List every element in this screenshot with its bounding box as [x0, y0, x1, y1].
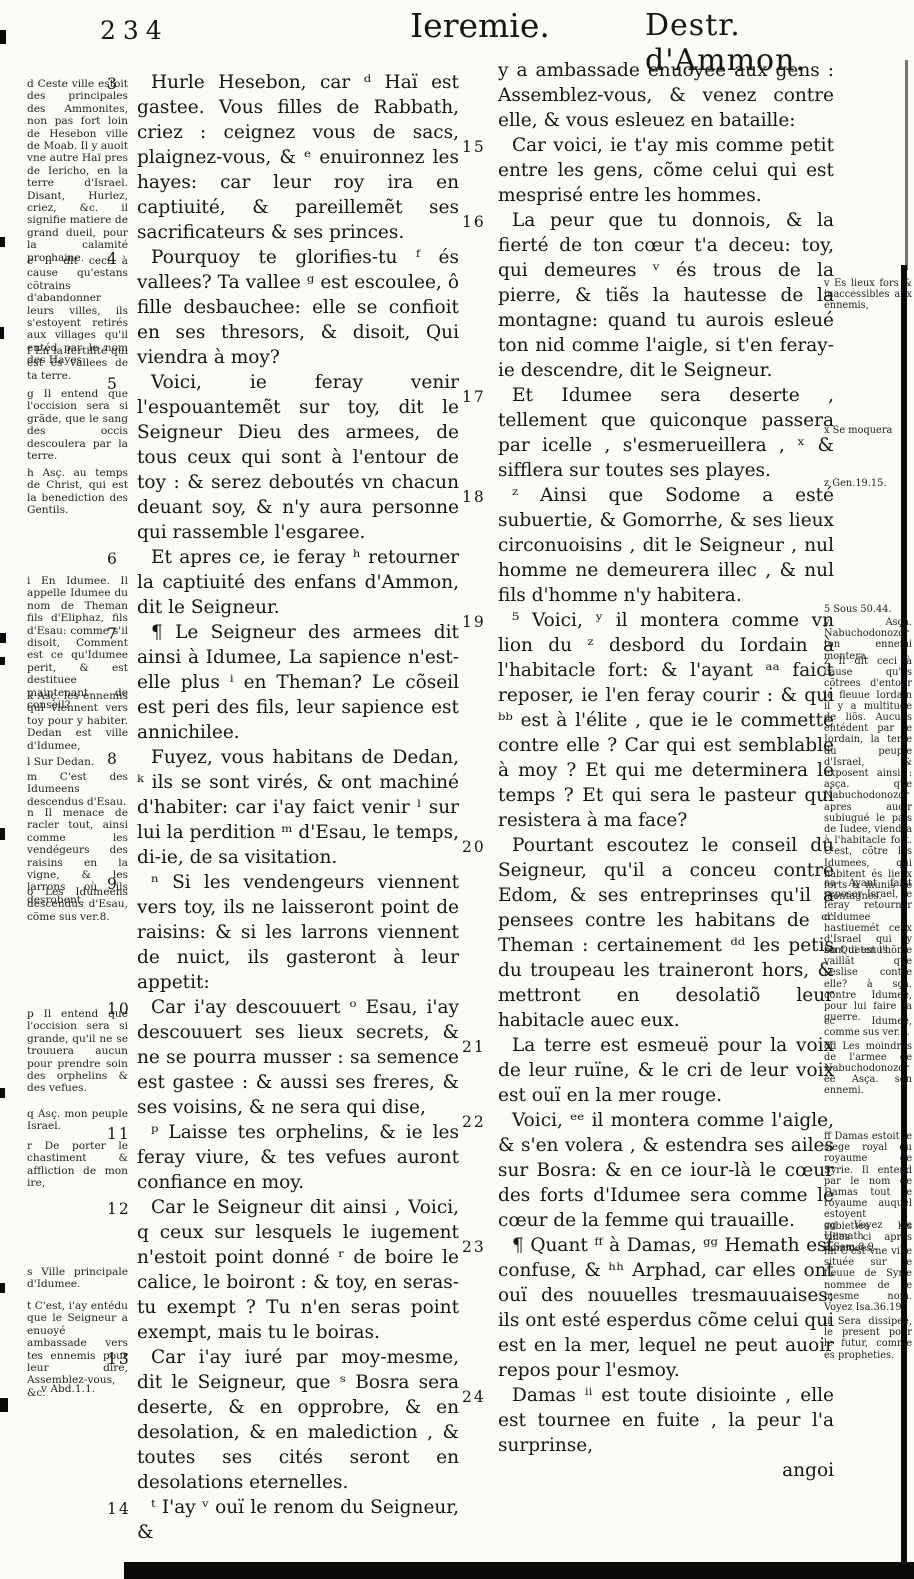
verse-number: 13 — [107, 1347, 135, 1372]
margin-note: k Asç. les ennemis qui viennent vers toy… — [27, 690, 128, 752]
verse-text: Fuyez, vous habitans de Dedan, ᵏ ils se … — [137, 747, 459, 868]
verse-text: Et apres ce, ie feray ʰ retourner la cap… — [137, 547, 459, 618]
verse: y a ambassade enuoyee aux gens : Assembl… — [498, 58, 834, 133]
verse-text: La peur que tu donnois, & la fierté de t… — [498, 210, 834, 381]
verse-text: Pourquoy te glorifies-tu ᶠ és vallees? T… — [137, 247, 459, 368]
verse-number: 19 — [462, 610, 494, 635]
scan-artifact-left-edge — [0, 633, 6, 643]
verse-number: 8 — [107, 747, 135, 772]
verse-number: 14 — [107, 1497, 135, 1522]
verse-text: Voici, ᵉᵉ il montera comme l'aigle, & s'… — [498, 1110, 834, 1231]
margin-note: hh C'est vne ville située sur le fleuue … — [824, 1246, 912, 1313]
verse-text: La terre est esmeuë pour la voix de leur… — [498, 1035, 834, 1106]
verse-text: ¶ Quant ᶠᶠ à Damas, ᵍᵍ Hemath est confus… — [498, 1235, 834, 1381]
verse: 11ᵖ Laisse tes orphelins, & ie les feray… — [137, 1120, 459, 1195]
verse: 17Et Idumee sera deserte , tellement que… — [498, 383, 834, 483]
page-number: 234 — [100, 16, 169, 45]
scan-artifact-left-edge — [0, 1088, 5, 1098]
scan-artifact-right-edge — [905, 60, 908, 270]
verse-number: 16 — [462, 210, 494, 235]
verse-text: Car le Seigneur dit ainsi , Voici, q ceu… — [137, 1197, 459, 1343]
verse: 5Voici, ie feray venir l'espouantemẽt su… — [137, 370, 459, 545]
verse: 21La terre est esmeuë pour la voix de le… — [498, 1033, 834, 1108]
scan-artifact-bottom-bar — [124, 1562, 914, 1579]
margin-note: s Ville principale d'Idumee. — [27, 1266, 128, 1291]
margin-note: bb Qui est l'hõme vaillãt que i'eslise c… — [824, 945, 912, 1023]
verse-number: 7 — [107, 622, 135, 647]
margin-note: r De porter le chastiment & affliction d… — [27, 1140, 128, 1190]
page: { "header": { "page_number": "234", "boo… — [0, 0, 914, 1579]
verse-number: 24 — [462, 1385, 494, 1410]
margin-note: ii Sera dissipee, le present pour le fut… — [824, 1316, 912, 1361]
scan-artifact-left-edge — [0, 30, 6, 44]
verse-number: 12 — [107, 1197, 135, 1222]
margin-note: h Asç. au temps de Christ, qui est la be… — [27, 467, 128, 517]
margin-note: g Il entend que l'occision sera si grãde… — [27, 388, 128, 462]
margin-note: m C'est des Idumeens descendus d'Esau. — [27, 771, 128, 808]
verse-number: 11 — [107, 1122, 135, 1147]
verse-text: Voici, ie feray venir l'espouantemẽt sur… — [137, 372, 459, 543]
verse-number: 21 — [462, 1035, 494, 1060]
verse-text: Damas ⁱⁱ est toute disiointe , elle est … — [498, 1385, 834, 1456]
scan-artifact-left-edge — [0, 657, 5, 665]
verse-number: 4 — [107, 247, 135, 272]
verse: 16La peur que tu donnois, & la fierté de… — [498, 208, 834, 383]
margin-note: x Se moquera — [824, 425, 912, 436]
verse-text: ¶ Le Seigneur des armees dit ainsi à Idu… — [137, 622, 459, 743]
verse-text: ᵖ Laisse tes orphelins, & ie les feray v… — [137, 1122, 459, 1193]
margin-note: d Ceste ville estoit des principales des… — [27, 78, 128, 264]
verse: 4Pourquoy te glorifies-tu ᶠ és vallees? … — [137, 245, 459, 370]
text-column-left: 3Hurle Hesebon, car ᵈ Haï est gastee. Vo… — [137, 70, 459, 1545]
verse-text: ᶻ Ainsi que Sodome a esté subuertie, & G… — [498, 485, 834, 606]
margin-note: z Gen.19.15. — [824, 478, 912, 489]
verse: 14ᵗ I'ay ᵛ ouï le renom du Seigneur, & — [137, 1495, 459, 1545]
text-column-right: y a ambassade enuoyee aux gens : Assembl… — [498, 58, 834, 1483]
verse-text: Car i'ay iuré par moy-mesme, dit le Seig… — [137, 1347, 459, 1493]
verse-text: Pourtant escoutez le conseil du Seigneur… — [498, 835, 834, 1031]
margin-note: v Es lieux fors & inaccessibles aux enne… — [824, 278, 912, 312]
running-title: Ieremie. — [370, 6, 590, 45]
margin-note: v Abd.1.1. — [27, 1383, 142, 1395]
verse-number: 18 — [462, 485, 494, 510]
verse-text: y a ambassade enuoyee aux gens : Assembl… — [498, 60, 834, 131]
margin-note: ee Asça. son ennemi. — [824, 1074, 912, 1096]
verse-number: 22 — [462, 1110, 494, 1135]
verse: 18ᶻ Ainsi que Sodome a esté subuertie, &… — [498, 483, 834, 608]
verse: 23¶ Quant ᶠᶠ à Damas, ᵍᵍ Hemath est conf… — [498, 1233, 834, 1383]
verse-number: 15 — [462, 135, 494, 160]
verse-text: Car i'ay descouuert ᵒ Esau, i'ay descouu… — [137, 997, 459, 1118]
verse: 19⁵ Voici, ʸ il montera comme vn lion du… — [498, 608, 834, 833]
verse: 12Car le Seigneur dit ainsi , Voici, q c… — [137, 1195, 459, 1345]
margin-note: dd Les moindres de l'armee de Nabuchodon… — [824, 1041, 912, 1075]
verse: 15Car voici, ie t'ay mis comme petit ent… — [498, 133, 834, 208]
verse: 6Et apres ce, ie feray ʰ retourner la ca… — [137, 545, 459, 620]
verse-number: 6 — [107, 547, 135, 572]
verse-number: 9 — [107, 872, 135, 897]
scan-artifact-right-edge — [901, 265, 907, 1579]
verse: 13Car i'ay iuré par moy-mesme, dit le Se… — [137, 1345, 459, 1495]
verse-text: Et Idumee sera deserte , tellement que q… — [498, 385, 834, 481]
scan-artifact-left-edge — [0, 1398, 8, 1412]
verse: 3Hurle Hesebon, car ᵈ Haï est gastee. Vo… — [137, 70, 459, 245]
verse: 9ⁿ Si les vendengeurs viennent vers toy,… — [137, 870, 459, 995]
verse-number: 3 — [107, 72, 135, 97]
margin-note: cc Idumee, comme sus ver.1. — [824, 1016, 912, 1038]
verse: 7¶ Le Seigneur des armees dit ainsi à Id… — [137, 620, 459, 745]
scan-artifact-left-edge — [0, 828, 5, 840]
verse-number: 20 — [462, 835, 494, 860]
verse-number: 17 — [462, 385, 494, 410]
verse: 24Damas ⁱⁱ est toute disiointe , elle es… — [498, 1383, 834, 1458]
verse-number: 23 — [462, 1235, 494, 1260]
scan-artifact-left-edge — [0, 1283, 5, 1293]
margin-note: 5 Sous 50.44. — [824, 604, 912, 615]
verse-text: Hurle Hesebon, car ᵈ Haï est gastee. Vou… — [137, 72, 459, 243]
verse-text: Car voici, ie t'ay mis comme petit entre… — [498, 135, 834, 206]
verse-text: ⁿ Si les vendengeurs viennent vers toy, … — [137, 872, 459, 993]
catchword: angoi — [498, 1458, 834, 1483]
verse: 10Car i'ay descouuert ᵒ Esau, i'ay desco… — [137, 995, 459, 1120]
verse-number: 5 — [107, 372, 135, 397]
verse-text: ⁵ Voici, ʸ il montera comme vn lion du ᶻ… — [498, 610, 834, 831]
verse-text: ᵗ I'ay ᵛ ouï le renom du Seigneur, & — [137, 1497, 459, 1543]
margin-note: z Il dit ceci à cause qu'és cõtrees d'en… — [824, 656, 912, 902]
verse: 22Voici, ᵉᵉ il montera comme l'aigle, & … — [498, 1108, 834, 1233]
scan-artifact-left-edge — [0, 327, 4, 339]
verse: 20Pourtant escoutez le conseil du Seigne… — [498, 833, 834, 1033]
verse-number: 10 — [107, 997, 135, 1022]
verse: 8Fuyez, vous habitans de Dedan, ᵏ ils se… — [137, 745, 459, 870]
scan-artifact-left-edge — [0, 237, 5, 247]
